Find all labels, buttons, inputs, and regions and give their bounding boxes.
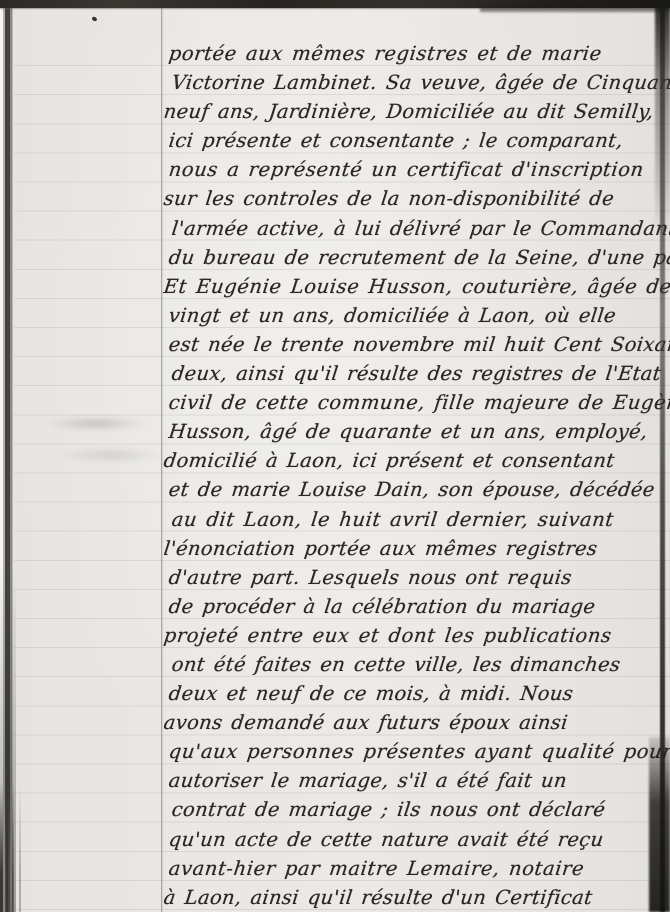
handwritten-line: autoriser le mariage, s'il a été fait un	[167, 766, 670, 795]
margin-smudge	[58, 447, 163, 463]
handwritten-line: du bureau de recrutement de la Seine, d'…	[167, 243, 670, 272]
handwritten-line: avons demandé aux futurs époux ainsi	[167, 708, 670, 737]
handwritten-line: projeté entre eux et dont les publicatio…	[167, 621, 670, 650]
handwritten-line: deux et neuf de ce mois, à midi. Nous	[167, 679, 670, 708]
handwritten-line: qu'un acte de cette nature avait été reç…	[167, 825, 670, 854]
handwritten-line: d'autre part. Lesquels nous ont requis	[167, 563, 670, 592]
handwritten-line: et de marie Louise Dain, son épouse, déc…	[167, 475, 670, 504]
handwritten-line: avant-hier par maitre Lemaire, notaire	[167, 854, 670, 883]
margin-smudge	[46, 416, 146, 431]
handwritten-line: Victorine Lambinet. Sa veuve, âgée de Ci…	[167, 68, 670, 97]
handwritten-line: ont été faites en cette ville, les diman…	[167, 650, 670, 679]
scan-edge-top	[0, 0, 670, 8]
handwritten-line: sur les controles de la non-disponibilit…	[167, 184, 670, 213]
handwritten-line: Et Eugénie Louise Husson, couturière, âg…	[167, 272, 670, 301]
scan-edge-right-shadow-top	[655, 0, 670, 235]
handwritten-line: l'armée active, à lui délivré par le Com…	[167, 214, 670, 243]
handwritten-line: neuf ans, Jardinière, Domiciliée au dit …	[167, 97, 670, 126]
handwritten-line: qu'aux personnes présentes ayant qualité…	[167, 737, 670, 766]
handwritten-line: vingt et un ans, domiciliée à Laon, où e…	[167, 301, 670, 330]
handwritten-line: est née le trente novembre mil huit Cent…	[167, 330, 670, 359]
handwritten-line: portée aux mêmes registres et de marie	[167, 39, 670, 68]
handwritten-line: nous a représenté un certificat d'inscri…	[167, 155, 670, 184]
handwritten-line: de procéder à la célébration du mariage	[167, 592, 670, 621]
handwritten-line: contrat de mariage ; ils nous ont déclar…	[167, 795, 670, 824]
handwritten-line: domicilié à Laon, ici présent et consent…	[167, 446, 670, 475]
handwritten-text-block: portée aux mêmes registres et de marie V…	[167, 39, 670, 912]
handwritten-line: civil de cette commune, fille majeure de…	[167, 388, 670, 417]
handwritten-line: deux, ainsi qu'il résulte des registres …	[167, 359, 670, 388]
page-stack-edges	[0, 782, 34, 912]
handwritten-line: ici présente et consentante ; le compara…	[167, 126, 670, 155]
binding-edge-left	[0, 0, 16, 912]
scan-edge-right-shadow-bottom	[649, 737, 670, 912]
margin-rule-line	[161, 6, 162, 912]
handwritten-line: à Laon, ainsi qu'il résulte d'un Certifi…	[167, 883, 670, 912]
handwritten-line: Husson, âgé de quarante et un ans, emplo…	[167, 417, 670, 446]
scanned-register-page: portée aux mêmes registres et de marie V…	[0, 0, 670, 912]
ink-speck	[92, 16, 98, 21]
handwritten-line: l'énonciation portée aux mêmes registres	[167, 534, 670, 563]
handwritten-line: au dit Laon, le huit avril dernier, suiv…	[167, 505, 670, 534]
